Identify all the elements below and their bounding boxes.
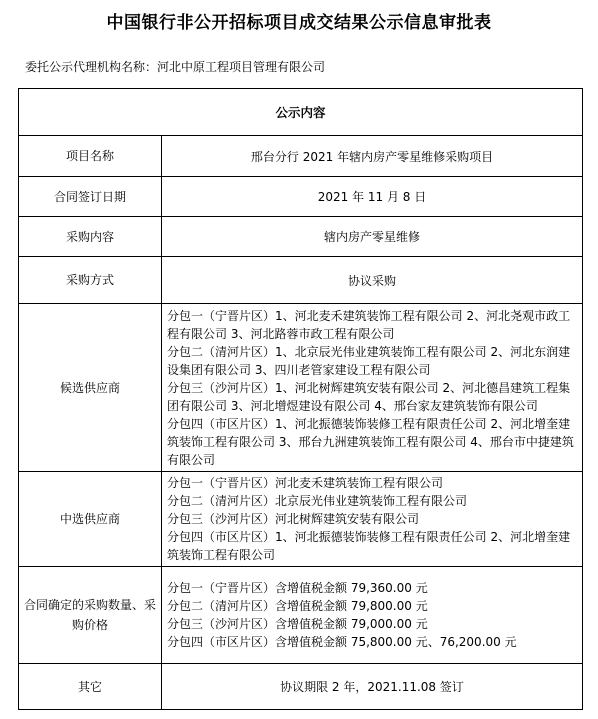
list-item: 分包三（沙河片区）1、河北树辉建筑安装有限公司 2、河北德昌建筑工程集团有限公司… — [167, 379, 576, 415]
row-value: 协议期限 2 年，2021.11.08 签订 — [162, 664, 583, 710]
list-item: 分包一（宁晋片区）1、河北麦禾建筑装饰工程有限公司 2、河北尧观市政工程有限公司… — [167, 307, 576, 343]
list-item: 分包二（清河片区）含增值税金额 79,800.00 元 — [167, 597, 576, 615]
list-item: 分包四（市区片区）1、河北振德装饰装修工程有限责任公司 2、河北增奎建筑装饰工程… — [167, 528, 576, 564]
row-value: 协议采购 — [162, 257, 583, 304]
agency-name: 河北中原工程项目管理有限公司 — [157, 60, 325, 74]
row-label: 采购内容 — [19, 217, 162, 257]
row-value-list: 分包一（宁晋片区）1、河北麦禾建筑装饰工程有限公司 2、河北尧观市政工程有限公司… — [162, 304, 583, 472]
table-row-other: 其它 协议期限 2 年，2021.11.08 签订 — [19, 664, 583, 710]
row-value: 邢台分行 2021 年辖内房产零星维修采购项目 — [162, 136, 583, 177]
list-item: 分包二（清河片区）1、北京辰光伟业建筑装饰工程有限公司 2、河北东润建设集团有限… — [167, 343, 576, 379]
table-row-candidates: 候选供应商 分包一（宁晋片区）1、河北麦禾建筑装饰工程有限公司 2、河北尧观市政… — [19, 304, 583, 472]
page-title: 中国银行非公开招标项目成交结果公示信息审批表 — [0, 8, 598, 33]
row-value: 2021 年 11 月 8 日 — [162, 177, 583, 217]
list-item: 分包四（市区片区）含增值税金额 75,800.00 元、76,200.00 元 — [167, 633, 576, 651]
table-row-procurement-content: 采购内容 辖内房产零星维修 — [19, 217, 583, 257]
agency-line: 委托公示代理机构名称：河北中原工程项目管理有限公司 — [25, 58, 325, 75]
list-item: 分包二（清河片区）北京辰光伟业建筑装饰工程有限公司 — [167, 492, 576, 510]
table-row-project-name: 项目名称 邢台分行 2021 年辖内房产零星维修采购项目 — [19, 136, 583, 177]
row-label: 中选供应商 — [19, 472, 162, 567]
row-value-list: 分包一（宁晋片区）河北麦禾建筑装饰工程有限公司 分包二（清河片区）北京辰光伟业建… — [162, 472, 583, 567]
row-label: 合同确定的采购数量、采购价格 — [19, 567, 162, 664]
table-row-procurement-method: 采购方式 协议采购 — [19, 257, 583, 304]
row-label: 采购方式 — [19, 257, 162, 304]
row-label: 项目名称 — [19, 136, 162, 177]
agency-label: 委托公示代理机构名称： — [25, 60, 157, 74]
approval-table: 公示内容 项目名称 邢台分行 2021 年辖内房产零星维修采购项目 合同签订日期… — [18, 88, 583, 710]
list-item: 分包一（宁晋片区）河北麦禾建筑装饰工程有限公司 — [167, 474, 576, 492]
table-row-prices: 合同确定的采购数量、采购价格 分包一（宁晋片区）含增值税金额 79,360.00… — [19, 567, 583, 664]
row-value-list: 分包一（宁晋片区）含增值税金额 79,360.00 元 分包二（清河片区）含增值… — [162, 567, 583, 664]
list-item: 分包四（市区片区）1、河北振德装饰装修工程有限责任公司 2、河北增奎建筑装饰工程… — [167, 415, 576, 469]
row-label: 合同签订日期 — [19, 177, 162, 217]
list-item: 分包三（沙河片区）含增值税金额 79,000.00 元 — [167, 615, 576, 633]
row-value: 辖内房产零星维修 — [162, 217, 583, 257]
table-row-contract-date: 合同签订日期 2021 年 11 月 8 日 — [19, 177, 583, 217]
list-item: 分包一（宁晋片区）含增值税金额 79,360.00 元 — [167, 579, 576, 597]
row-label: 其它 — [19, 664, 162, 710]
table-row-winners: 中选供应商 分包一（宁晋片区）河北麦禾建筑装饰工程有限公司 分包二（清河片区）北… — [19, 472, 583, 567]
list-item: 分包三（沙河片区）河北树辉建筑安装有限公司 — [167, 510, 576, 528]
table-header-row: 公示内容 — [19, 89, 583, 136]
row-label: 候选供应商 — [19, 304, 162, 472]
table-header: 公示内容 — [19, 89, 583, 136]
